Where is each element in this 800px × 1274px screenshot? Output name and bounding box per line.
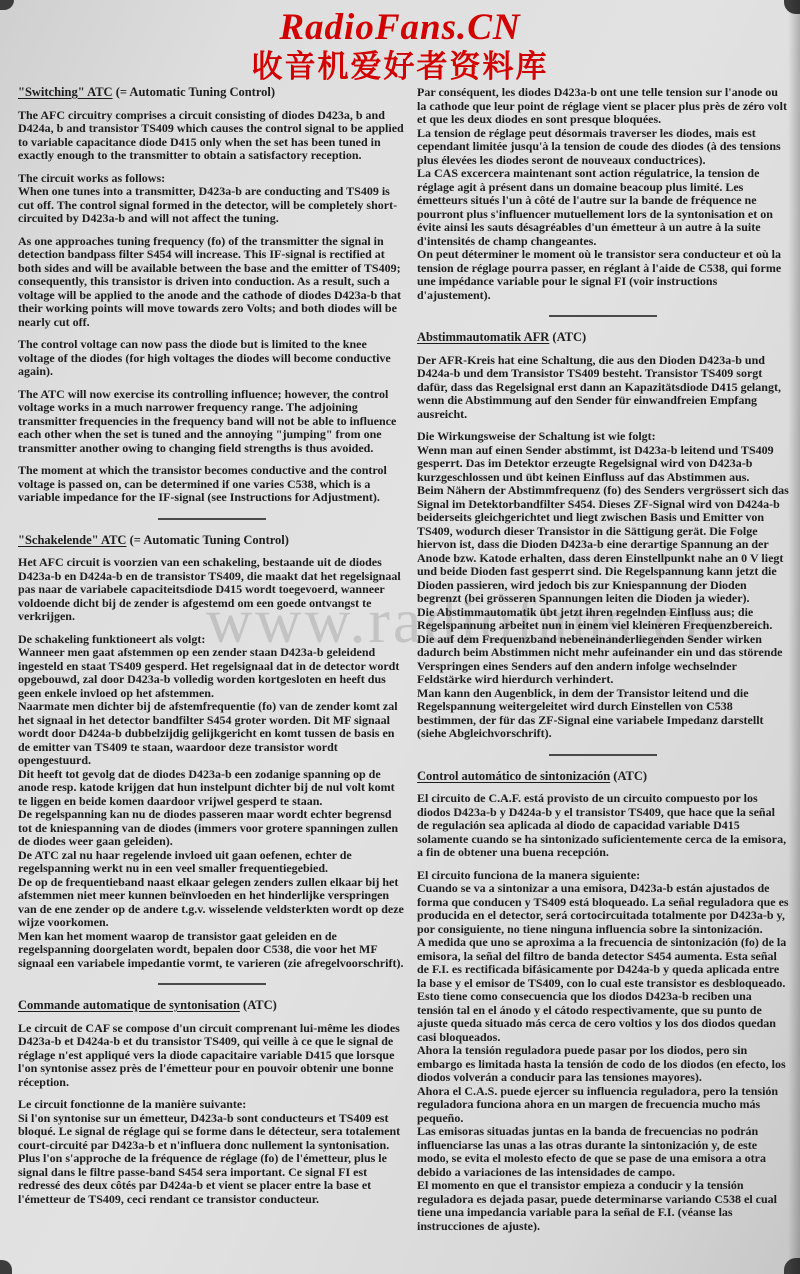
scanned-manual-page: RadioFans.CN 收音机爱好者资料库 www.radiofans.cn …: [0, 0, 800, 1274]
paragraph: El circuito de C.A.F. está provisto de u…: [417, 792, 789, 860]
heading-suffix: (= Automatic Tuning Control): [113, 85, 275, 99]
heading-underlined: "Schakelende" ATC: [18, 533, 126, 547]
heading-suffix: (ATC): [610, 769, 647, 783]
heading-suffix: (= Automatic Tuning Control): [126, 533, 288, 547]
paragraph: As one approaches tuning frequency (fo) …: [18, 235, 405, 330]
paragraph: The ATC will now exercise its controllin…: [18, 388, 405, 456]
paragraph: De schakeling funktioneert als volgt: Wa…: [18, 633, 405, 971]
paragraph: Die Wirkungsweise der Schaltung ist wie …: [417, 430, 789, 741]
paragraph: The AFC circuitry comprises a circuit co…: [18, 109, 405, 163]
paragraph: Le circuit de CAF se compose d'un circui…: [18, 1022, 405, 1090]
paragraph: The moment at which the transistor becom…: [18, 464, 405, 505]
section-divider: [158, 518, 266, 520]
heading-underlined: Commande automatique de syntonisation: [18, 998, 240, 1012]
section-divider: [549, 315, 657, 317]
section-divider: [549, 754, 657, 756]
section-french-commande-atc: Commande automatique de syntonisation (A…: [18, 999, 405, 1206]
heading-suffix: (ATC): [549, 330, 586, 344]
paragraph: Le circuit fonctionne de la manière suiv…: [18, 1098, 405, 1206]
section-german-abstimmautomatik: Abstimmautomatik AFR (ATC) Der AFR-Kreis…: [417, 331, 789, 741]
section-heading-german: Abstimmautomatik AFR (ATC): [417, 331, 789, 345]
section-french-continuation: Par conséquent, les diodes D423a-b ont u…: [417, 86, 789, 302]
heading-underlined: Abstimmautomatik AFR: [417, 330, 549, 344]
section-heading-spanish: Control automático de sintonización (ATC…: [417, 770, 789, 784]
section-heading-dutch: "Schakelende" ATC (= Automatic Tuning Co…: [18, 534, 405, 548]
scan-corner-artifact: [0, 1260, 12, 1274]
paragraph: Par conséquent, les diodes D423a-b ont u…: [417, 86, 789, 302]
right-column: Par conséquent, les diodes D423a-b ont u…: [417, 86, 789, 1242]
scan-edge-shadow: [788, 0, 800, 1274]
section-heading-english: "Switching" ATC (= Automatic Tuning Cont…: [18, 86, 405, 100]
radiofans-chinese-subtitle: 收音机爱好者资料库: [0, 50, 800, 84]
section-dutch-schakelende-atc: "Schakelende" ATC (= Automatic Tuning Co…: [18, 534, 405, 971]
section-spanish-control-automatico: Control automático de sintonización (ATC…: [417, 770, 789, 1234]
paragraph: El circuito funciona de la manera siguie…: [417, 869, 789, 1234]
section-divider: [158, 983, 266, 985]
left-column: "Switching" ATC (= Automatic Tuning Cont…: [18, 86, 405, 1215]
paragraph: The circuit works as follows: When one t…: [18, 172, 405, 226]
paragraph: The control voltage can now pass the dio…: [18, 338, 405, 379]
heading-underlined: Control automático de sintonización: [417, 769, 610, 783]
site-header: RadioFans.CN 收音机爱好者资料库: [0, 8, 800, 84]
heading-underlined: "Switching" ATC: [18, 85, 113, 99]
paragraph: Der AFR-Kreis hat eine Schaltung, die au…: [417, 354, 789, 422]
section-heading-french: Commande automatique de syntonisation (A…: [18, 999, 405, 1013]
section-english-switching-atc: "Switching" ATC (= Automatic Tuning Cont…: [18, 86, 405, 505]
paragraph: Het AFC circuit is voorzien van een scha…: [18, 556, 405, 624]
heading-suffix: (ATC): [240, 998, 277, 1012]
radiofans-logo-text: RadioFans.CN: [0, 8, 800, 49]
